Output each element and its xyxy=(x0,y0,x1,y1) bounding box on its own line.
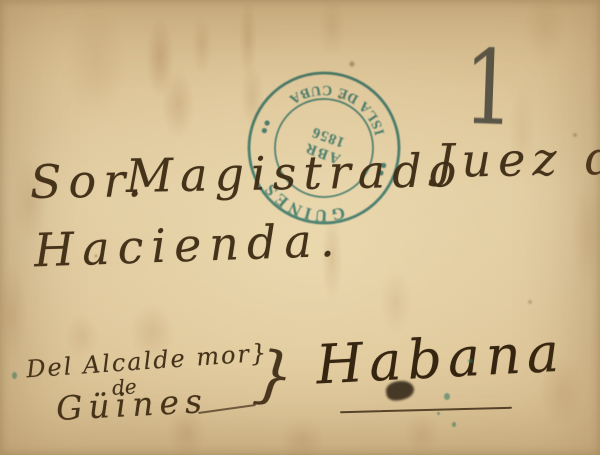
address-office: Juez de xyxy=(436,134,600,184)
postal-cover-photo: GÜINES ISLA DE CUBA ABR 1856 1 Sor. Magi… xyxy=(0,0,600,455)
destination-underline xyxy=(340,407,512,414)
sender-line1-text: Del Alcalde mor xyxy=(25,340,251,384)
green-ink-speck xyxy=(12,372,17,379)
sender-line2: Güines xyxy=(55,384,208,425)
sender-big-brace: } xyxy=(251,342,297,408)
address-title: Magistrado xyxy=(126,147,464,199)
green-ink-speck xyxy=(452,422,456,427)
rate-handstamp-1: 1 xyxy=(462,37,517,142)
green-ink-speck xyxy=(437,412,440,415)
address-line2: Hacienda. xyxy=(33,217,343,274)
green-ink-speck xyxy=(444,393,450,400)
green-ink-speck xyxy=(468,359,473,363)
destination-text: Habana xyxy=(315,326,567,393)
sender-line1: Del Alcalde mor} xyxy=(25,341,268,382)
